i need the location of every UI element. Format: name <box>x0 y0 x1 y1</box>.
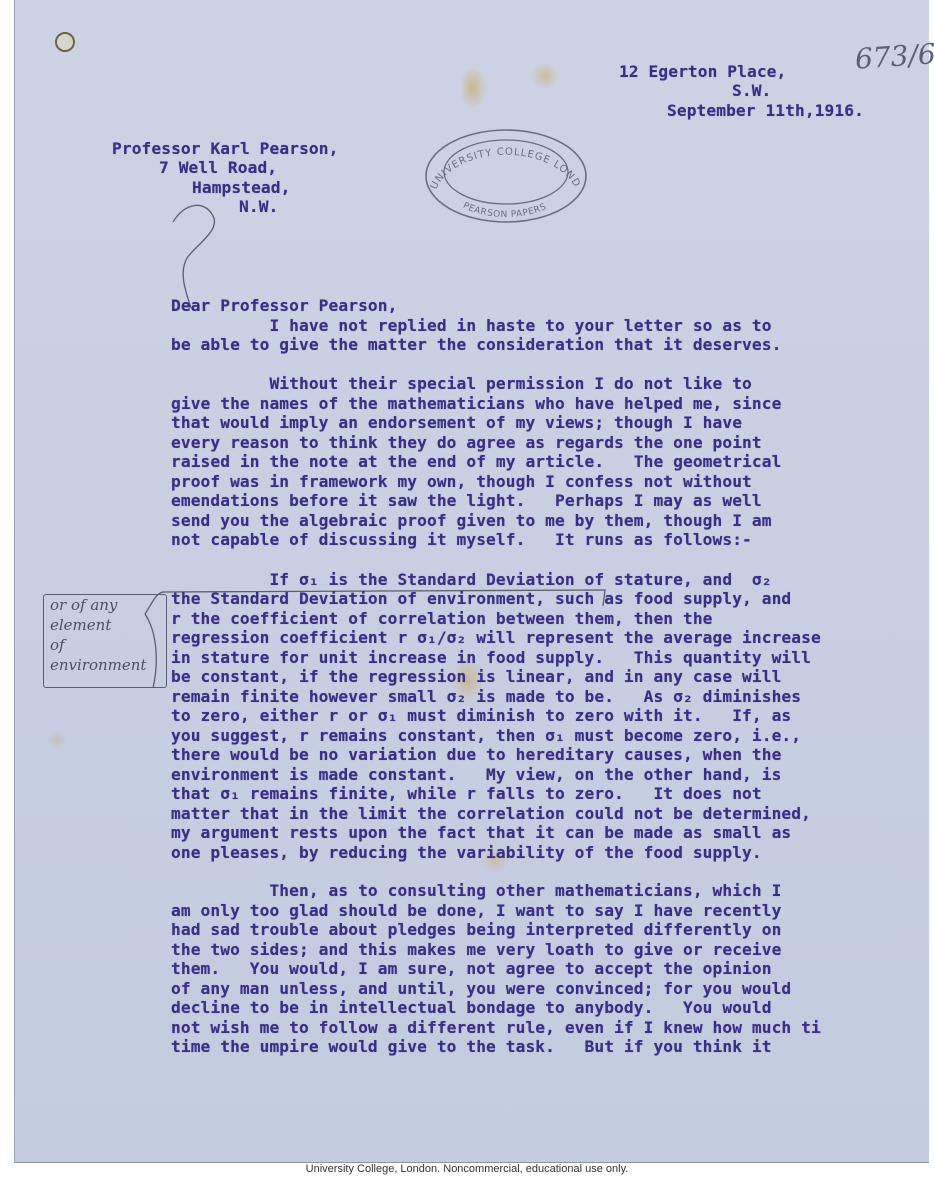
paragraph-line: them. You would, I am sure, not agree to… <box>171 959 772 978</box>
paragraph-line: not wish me to follow a different rule, … <box>171 1018 821 1037</box>
paragraph-line: not capable of discussing it myself. It … <box>171 530 752 549</box>
recipient-line2: 7 Well Road, <box>159 158 277 177</box>
paragraph-line: you suggest, r remains constant, then σ₁… <box>171 726 801 745</box>
paragraph-line: raised in the note at the end of my arti… <box>171 452 781 471</box>
paragraph-line: proof was in framework my own, though I … <box>171 472 752 491</box>
recipient-line1: Professor Karl Pearson, <box>112 139 338 158</box>
paragraph-line: Without their special permission I do no… <box>171 374 752 393</box>
paragraph-line: to zero, either r or σ₁ must diminish to… <box>171 706 791 725</box>
paragraph-line: every reason to think they do agree as r… <box>171 433 762 452</box>
paragraph-line: environment is made constant. My view, o… <box>171 765 781 784</box>
paragraph-line: had sad trouble about pledges being inte… <box>171 920 781 939</box>
sender-address-line1: 12 Egerton Place, <box>619 62 786 81</box>
punch-hole <box>55 32 75 52</box>
paragraph-line: be able to give the matter the considera… <box>171 335 781 354</box>
paragraph-line: there would be no variation due to hered… <box>171 745 781 764</box>
paragraph-line: of any man unless, and until, you were c… <box>171 979 791 998</box>
paragraph-line: am only too glad should be done, I want … <box>171 901 781 920</box>
paragraph-line: that would imply an endorsement of my vi… <box>171 413 742 432</box>
paragraph-line: decline to be in intellectual bondage to… <box>171 998 772 1017</box>
letter-page: 673/6 12 Egerton Place, S.W. September 1… <box>14 0 929 1163</box>
paragraph-line: r the coefficient of correlation between… <box>171 609 713 628</box>
paragraph-line: give the names of the mathematicians who… <box>171 394 781 413</box>
paragraph-line: emendations before it saw the light. Per… <box>171 491 762 510</box>
pencil-mark <box>165 200 235 310</box>
paragraph-line: one pleases, by reducing the variability… <box>171 843 762 862</box>
archive-number: 673/6 <box>854 37 934 76</box>
sender-address-line2: S.W. <box>732 81 771 100</box>
paragraph-line: If σ₁ is the Standard Deviation of statu… <box>171 570 772 589</box>
paragraph-line: send you the algebraic proof given to me… <box>171 511 772 530</box>
paragraph-line: the two sides; and this makes me very lo… <box>171 940 781 959</box>
paragraph-line: matter that in the limit the correlation… <box>171 804 811 823</box>
paragraph-line: that σ₁ remains finite, while r falls to… <box>171 784 762 803</box>
usage-caption: University College, London. Noncommercia… <box>0 1163 934 1175</box>
paragraph-line: I have not replied in haste to your lett… <box>171 316 772 335</box>
letter-date: September 11th,1916. <box>667 101 864 120</box>
paragraph-line: regression coefficient r σ₁/σ₂ will repr… <box>171 628 821 647</box>
paragraph-line: time the umpire would give to the task. … <box>171 1037 772 1056</box>
archive-stamp: UNIVERSITY COLLEGE LONDON PEARSON PAPERS <box>422 120 590 224</box>
salutation: Dear Professor Pearson, <box>171 296 397 315</box>
paragraph-line: be constant, if the regression is linear… <box>171 667 781 686</box>
recipient-line3: Hampstead, <box>192 178 290 197</box>
paragraph-line: remain finite however small σ₂ is made t… <box>171 687 801 706</box>
paragraph-line: in stature for unit increase in food sup… <box>171 648 811 667</box>
paragraph-line: Then, as to consulting other mathematici… <box>171 881 781 900</box>
recipient-line4: N.W. <box>239 197 278 216</box>
paragraph-line: the Standard Deviation of environment, s… <box>171 589 791 608</box>
paragraph-line: my argument rests upon the fact that it … <box>171 823 791 842</box>
